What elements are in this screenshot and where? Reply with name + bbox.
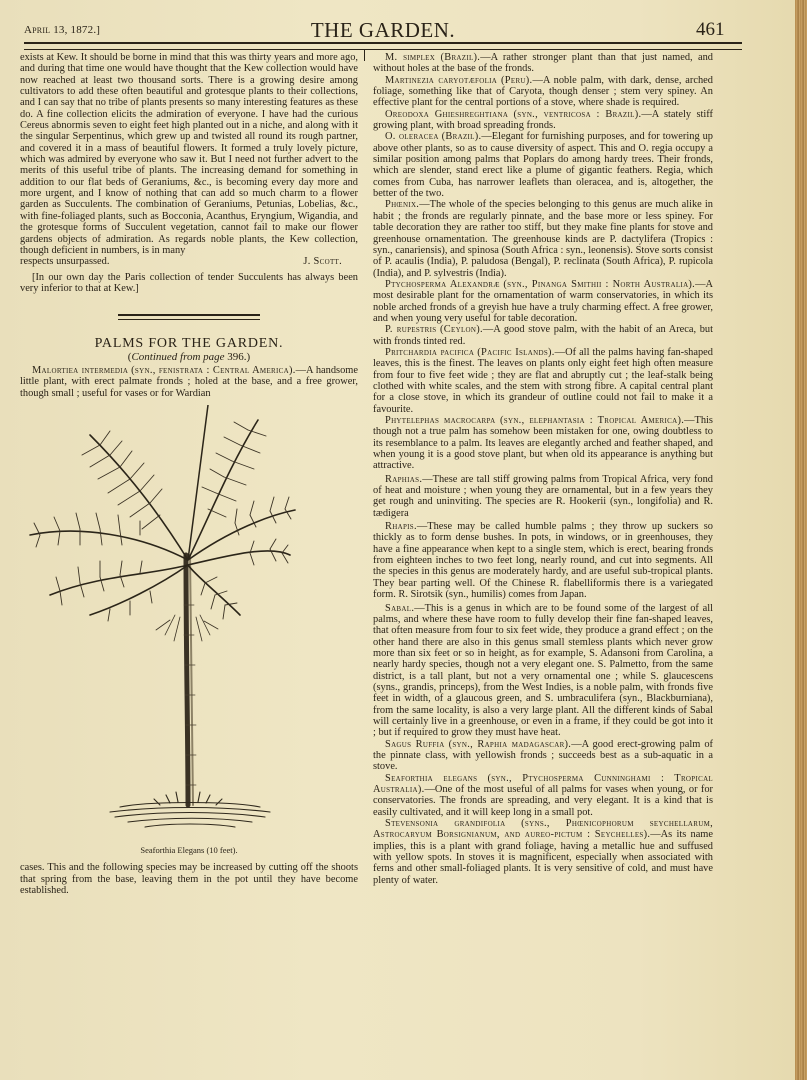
continued-page: 396. bbox=[227, 351, 246, 363]
left-column: exists at Kew. It should be borne in min… bbox=[20, 52, 358, 896]
header-title: THE GARDEN. bbox=[24, 18, 742, 43]
entry-malortiea: Malortiea intermedia (syn., fenistrata :… bbox=[20, 365, 358, 399]
species-name: Phytelephas macrocarpa bbox=[385, 415, 495, 426]
entry-pritchardia: Pritchardia pacifica (Pacific Islands).—… bbox=[373, 347, 713, 415]
entry-raphias: Raphias.—These are tall stiff growing pa… bbox=[373, 474, 713, 519]
section-divider-rule bbox=[118, 314, 260, 320]
species-description: —These may be called humble palms ; they… bbox=[373, 521, 713, 600]
species-synonym: (syn., Raphia madagascar). bbox=[449, 739, 572, 750]
palm-engraving-figure bbox=[20, 405, 358, 843]
species-name: Sabal. bbox=[385, 603, 414, 614]
species-name: Oreodoxa Ghieshreghtiana bbox=[385, 109, 508, 120]
header-double-rule bbox=[24, 42, 742, 50]
page-edge bbox=[795, 0, 807, 1080]
entry-o-oleracea: O. oleracea (Brazil).—Elegant for furnis… bbox=[373, 131, 713, 199]
entry-ptychosperma: Ptychosperma Alexandræ (syn., Pinanga Sm… bbox=[373, 279, 713, 324]
entry-sabal: Sabal.—This is a genus in which are to b… bbox=[373, 603, 713, 739]
species-synonym: (syn., Pinanga Smithii : North Australia… bbox=[503, 279, 695, 290]
book-page: April 13, 1872.] THE GARDEN. 461 exists … bbox=[0, 0, 795, 1080]
entry-phoenix: Phœnix.—The whole of the species belongi… bbox=[373, 199, 713, 278]
species-synonym: (Brazil). bbox=[440, 52, 480, 63]
editor-note: [In our own day the Paris collection of … bbox=[20, 272, 358, 295]
species-name: Sagus Ruffia bbox=[385, 739, 445, 750]
entry-p-rupestris: P. rupestris (Ceylon).—A good stove palm… bbox=[373, 324, 713, 347]
entry-sagus-ruffia: Sagus Ruffia (syn., Raphia madagascar).—… bbox=[373, 739, 713, 773]
species-description: —The whole of the species belonging to t… bbox=[373, 199, 713, 278]
running-header: April 13, 1872.] THE GARDEN. 461 bbox=[24, 16, 462, 42]
continued-label: Continued from page bbox=[131, 351, 224, 363]
species-name: Seaforthia elegans bbox=[385, 773, 477, 784]
signature-line: respects unsurpassed. J. Scott. bbox=[20, 256, 358, 267]
species-description: —One of the most useful of all palms for… bbox=[373, 784, 713, 818]
page-number: 461 bbox=[696, 19, 725, 41]
entry-rhapis: Rhapis.—These may be called humble palms… bbox=[373, 521, 713, 600]
entry-oreodoxa: Oreodoxa Ghieshreghtiana (syn., ventrico… bbox=[373, 109, 713, 132]
entry-stevensonia: Stevensonia grandifolia (syns., Phœnicop… bbox=[373, 818, 713, 886]
species-name: Malortiea intermedia bbox=[32, 365, 128, 376]
species-name: Raphias. bbox=[385, 474, 422, 485]
species-description: —This is a genus in which are to be foun… bbox=[373, 603, 713, 739]
species-name: Phœnix. bbox=[385, 199, 419, 210]
column-divider bbox=[364, 49, 365, 61]
figure-caption: Seaforthia Elegans (10 feet). bbox=[20, 845, 358, 856]
palm-tree-illustration-icon bbox=[20, 405, 358, 843]
species-name: Ptychosperma Alexandræ bbox=[385, 279, 500, 290]
entry-martinezia: Martinezia caryotæfolia (Peru).—A noble … bbox=[373, 75, 713, 109]
species-synonym: (Brazil). bbox=[442, 131, 482, 142]
species-synonym: (Ceylon). bbox=[440, 324, 483, 335]
species-synonym: (Pacific Islands). bbox=[477, 347, 554, 358]
right-column: M. simplex (Brazil).—A rather stronger p… bbox=[373, 52, 713, 886]
species-name: P. rupestris bbox=[385, 324, 436, 335]
species-name: Stevensonia grandifolia bbox=[385, 818, 506, 829]
article-title: PALMS FOR THE GARDEN. bbox=[20, 338, 358, 349]
species-description: —These are tall stiff growing palms from… bbox=[373, 474, 713, 519]
species-synonym: (Peru). bbox=[501, 75, 532, 86]
entry-m-simplex: M. simplex (Brazil).—A rather stronger p… bbox=[373, 52, 713, 75]
author-signature: J. Scott. bbox=[303, 256, 358, 267]
species-name: Martinezia caryotæfolia bbox=[385, 75, 497, 86]
species-name: O. oleracea bbox=[385, 131, 439, 142]
species-name: M. simplex bbox=[385, 52, 435, 63]
succulents-paragraph: exists at Kew. It should be borne in min… bbox=[20, 52, 358, 256]
species-name: Rhapis. bbox=[385, 521, 417, 532]
after-figure-paragraph: cases. This and the following species ma… bbox=[20, 862, 358, 896]
entry-seaforthia: Seaforthia elegans (syn., Ptychosperma C… bbox=[373, 773, 713, 818]
species-synonym: (syn., ventricosa : Brazil). bbox=[514, 109, 642, 120]
closing-line: respects unsurpassed. bbox=[20, 256, 109, 267]
species-synonym: (syn., fenistrata : Central America). bbox=[131, 365, 295, 376]
continued-note: (Continued from page 396.) bbox=[20, 352, 358, 363]
entry-phytelephas: Phytelephas macrocarpa (syn., elephantas… bbox=[373, 415, 713, 472]
species-synonym: (syn., elephantasia : Tropical America). bbox=[500, 415, 684, 426]
species-name: Pritchardia pacifica bbox=[385, 347, 474, 358]
